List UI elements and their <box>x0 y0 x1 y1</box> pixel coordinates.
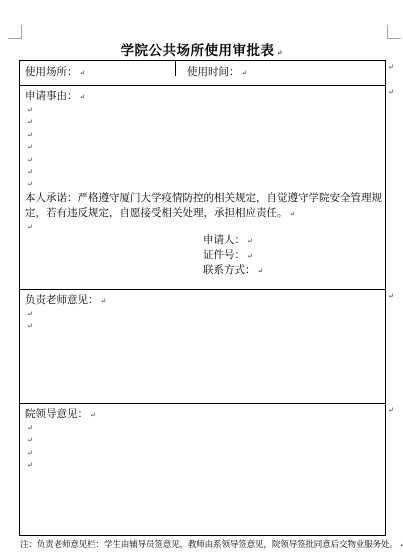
table-row-teacher-opinion: 负责老师意见：↵ ↵ ↵ <box>20 290 385 404</box>
paragraph-mark: ↵ <box>27 461 33 469</box>
leader-opinion-label: 院领导意见： <box>25 409 88 420</box>
id-number-line[interactable]: 证件号：↵ <box>203 248 380 263</box>
blank-line[interactable]: ↵ <box>25 221 380 233</box>
blank-line[interactable]: ↵ <box>25 141 380 153</box>
footnote-text: 注：负责老师意见栏：学生由辅导员签意见，教师由系领导签意见，院领导签批同意后交物… <box>20 539 398 549</box>
margin-crop-mark-top-left-vertical <box>21 25 22 38</box>
paragraph-mark: ↵ <box>258 267 264 275</box>
paragraph-mark: ↵ <box>80 93 86 101</box>
paragraph-mark: ↵ <box>27 449 33 457</box>
venue-label: 使用场所： <box>25 67 78 78</box>
table-row-leader-opinion: 院领导意见：↵ ↵ ↵ ↵ ↵ <box>20 404 385 535</box>
applicant-line[interactable]: 申请人：↵ <box>203 233 380 248</box>
leader-opinion-cell[interactable]: 院领导意见：↵ ↵ ↵ ↵ ↵ <box>20 404 385 535</box>
venue-cell[interactable]: 使用场所：↵ <box>20 61 176 76</box>
margin-crop-mark-top-right-vertical <box>387 25 388 38</box>
commitment-line-2: 定，若有违反规定，自愿接受相关处理，承担相应责任。↵ <box>25 206 380 221</box>
paragraph-mark: ↵ <box>101 297 107 305</box>
contact-line[interactable]: 联系方式：↵ <box>203 263 380 278</box>
reason-label: 申请事由： <box>25 91 78 102</box>
contact-label: 联系方式： <box>203 265 256 276</box>
paragraph-mark: ↵ <box>90 411 96 419</box>
id-number-label: 证件号： <box>203 250 245 261</box>
blank-line[interactable]: ↵ <box>25 154 380 166</box>
paragraph-mark: ↵ <box>27 118 33 126</box>
teacher-opinion-line: 负责老师意见：↵ <box>25 293 380 308</box>
paragraph-mark: ↵ <box>277 49 283 57</box>
paragraph-mark: ↵ <box>27 131 33 139</box>
blank-line[interactable]: ↵ <box>25 178 380 190</box>
blank-line[interactable]: ↵ <box>25 129 380 141</box>
applicant-label: 申请人： <box>203 235 245 246</box>
paragraph-mark: ↵ <box>27 143 33 151</box>
paragraph-mark: ↵ <box>27 156 33 164</box>
teacher-opinion-label: 负责老师意见： <box>25 295 99 306</box>
reason-cell[interactable]: 申请事由：↵ ↵ ↵ ↵ ↵ ↵ ↵ ↵ 本人承诺：严格遵守厦门大学疫情防控的相… <box>20 86 385 289</box>
paragraph-mark: ↵ <box>27 168 33 176</box>
leader-opinion-line: 院领导意见：↵ <box>25 407 380 422</box>
end-of-row-mark: ↵ <box>388 406 394 414</box>
blank-line[interactable]: ↵ <box>25 116 380 128</box>
signature-block: 申请人：↵ 证件号：↵ 联系方式：↵ <box>203 233 380 278</box>
teacher-opinion-cell[interactable]: 负责老师意见：↵ ↵ ↵ <box>20 290 385 403</box>
page-title: 学院公共场所使用审批表↵ <box>0 39 403 59</box>
blank-line[interactable]: ↵ <box>25 104 380 116</box>
paragraph-mark: ↵ <box>27 322 33 330</box>
blank-line[interactable]: ↵ <box>25 308 380 320</box>
paragraph-mark: ↵ <box>27 180 33 188</box>
time-cell[interactable]: 使用时间：↵ <box>176 61 385 76</box>
approval-table: 使用场所：↵ 使用时间：↵ 申请事由：↵ ↵ ↵ ↵ ↵ ↵ ↵ ↵ 本人承诺：… <box>19 60 386 536</box>
commitment-line-1: 本人承诺：严格遵守厦门大学疫情防控的相关规定，自觉遵守学院安全管理规 <box>25 191 380 206</box>
paragraph-mark: ↵ <box>27 436 33 444</box>
document-page: { "title": "学院公共场所使用审批表", "pilcrow": "↵"… <box>0 0 403 558</box>
paragraph-mark: ↵ <box>242 69 248 77</box>
page-title-text: 学院公共场所使用审批表 <box>121 43 275 58</box>
paragraph-mark: ↵ <box>247 252 253 260</box>
time-label: 使用时间： <box>187 67 240 78</box>
paragraph-mark: ↵ <box>27 424 33 432</box>
end-of-row-mark: ↵ <box>388 88 394 96</box>
footnote: 注：负责老师意见栏：学生由辅导员签意见，教师由系领导签意见，院领导签批同意后交物… <box>20 538 403 550</box>
end-of-row-mark: ↵ <box>388 292 394 300</box>
blank-line[interactable]: ↵ <box>25 166 380 178</box>
blank-line[interactable]: ↵ <box>25 422 380 434</box>
paragraph-mark: ↵ <box>80 69 86 77</box>
paragraph-mark: ↵ <box>27 310 33 318</box>
blank-line[interactable]: ↵ <box>25 434 380 446</box>
blank-line[interactable]: ↵ <box>25 320 380 332</box>
table-row-venue-time: 使用场所：↵ 使用时间：↵ <box>20 61 385 86</box>
reason-line: 申请事由：↵ <box>25 89 380 104</box>
paragraph-mark: ↵ <box>290 210 296 218</box>
paragraph-mark: ↵ <box>27 106 33 114</box>
end-of-row-mark: ↵ <box>388 63 394 71</box>
blank-line[interactable]: ↵ <box>25 447 380 459</box>
blank-line[interactable]: ↵ <box>25 459 380 471</box>
paragraph-mark: ↵ <box>27 223 33 231</box>
commitment-paragraph: 本人承诺：严格遵守厦门大学疫情防控的相关规定，自觉遵守学院安全管理规 定，若有违… <box>25 191 380 221</box>
table-row-reason: 申请事由：↵ ↵ ↵ ↵ ↵ ↵ ↵ ↵ 本人承诺：严格遵守厦门大学疫情防控的相… <box>20 86 385 290</box>
paragraph-mark: ↵ <box>247 237 253 245</box>
